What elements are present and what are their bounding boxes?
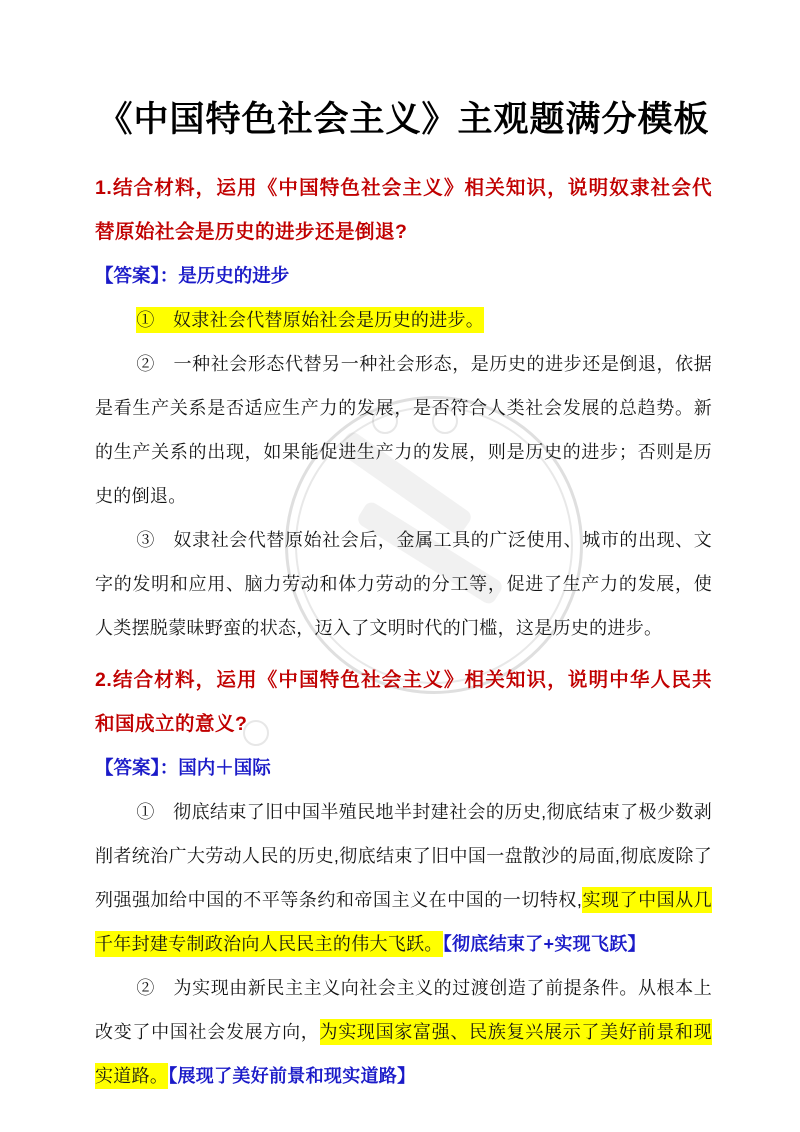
question-2-point-2: ② 为实现由新民主主义向社会主义的过渡创造了前提条件。从根本上改变了中国社会发展… (95, 966, 712, 1098)
question-2: 2.结合材料，运用《中国特色社会主义》相关知识，说明中华人民共和国成立的意义? (95, 658, 712, 746)
question-1-point-3: ③ 奴隶社会代替原始社会后，金属工具的广泛使用、城市的出现、文字的发明和应用、脑… (95, 518, 712, 650)
question-1: 1.结合材料，运用《中国特色社会主义》相关知识，说明奴隶社会代替原始社会是历史的… (95, 166, 712, 254)
document-title: 《中国特色社会主义》主观题满分模板 (95, 92, 712, 142)
question-2-point-2-note: 【展现了美好前景和现实道路】 (168, 1066, 415, 1086)
question-1-answer-label: 【答案】：是历史的进步 (95, 254, 712, 298)
document-page: 《中国特色社会主义》主观题满分模板 1.结合材料，运用《中国特色社会主义》相关知… (0, 0, 800, 1098)
question-1-point-1: ① 奴隶社会代替原始社会是历史的进步。 (95, 298, 712, 342)
question-2-point-1: ① 彻底结束了旧中国半殖民地半封建社会的历史,彻底结束了极少数剥削者统治广大劳动… (95, 790, 712, 966)
question-2-point-1-note: 【彻底结束了+实现飞跃】 (443, 934, 646, 954)
question-1-point-1-highlight: ① 奴隶社会代替原始社会是历史的进步。 (136, 307, 484, 333)
question-1-point-2: ② 一种社会形态代替另一种社会形态，是历史的进步还是倒退，依据是看生产关系是否适… (95, 342, 712, 518)
question-2-answer-label: 【答案】：国内＋国际 (95, 746, 712, 790)
